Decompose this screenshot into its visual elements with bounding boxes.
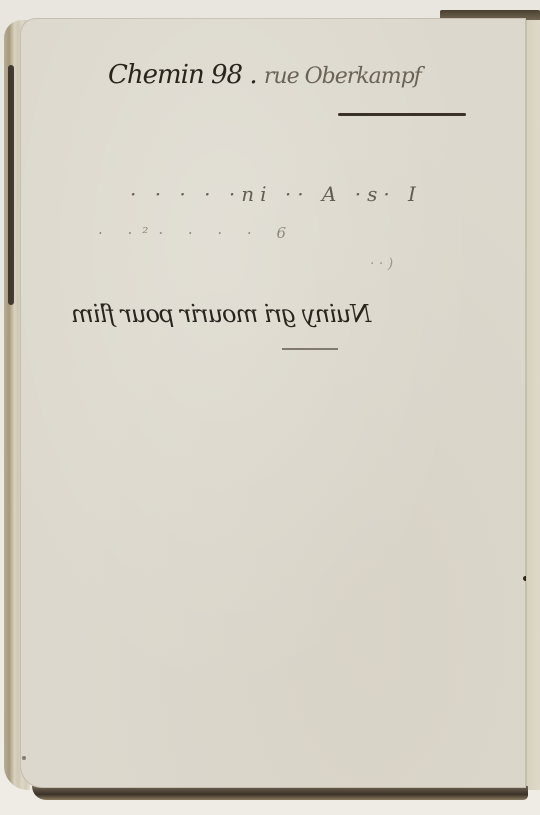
mirrored-ink-line: Nuiny gri mourir pour flim (72, 300, 371, 328)
address-underline (338, 113, 466, 116)
address-street: rue Oberkampf (264, 64, 421, 89)
ink-speck (523, 576, 526, 581)
page-right-edge (524, 20, 540, 790)
address-word: Chemin (108, 60, 204, 90)
bleed-through-line: · ·²· · · · 6 (98, 224, 296, 242)
short-rule (282, 348, 338, 350)
cover-edge-bottom (32, 786, 528, 800)
address-number: 98 . (211, 60, 257, 90)
bleed-through-line: · · ) (370, 256, 393, 272)
ink-speck (22, 756, 26, 760)
notebook-page: Chemin 98 . rue Oberkampf · · · · ·ni ··… (20, 18, 526, 788)
bleed-through-line: · · · · ·ni ·· A ·s· I (130, 182, 422, 206)
address-line: Chemin 98 . rue Oberkampf (108, 60, 421, 90)
spine-ink-mark (8, 65, 14, 305)
